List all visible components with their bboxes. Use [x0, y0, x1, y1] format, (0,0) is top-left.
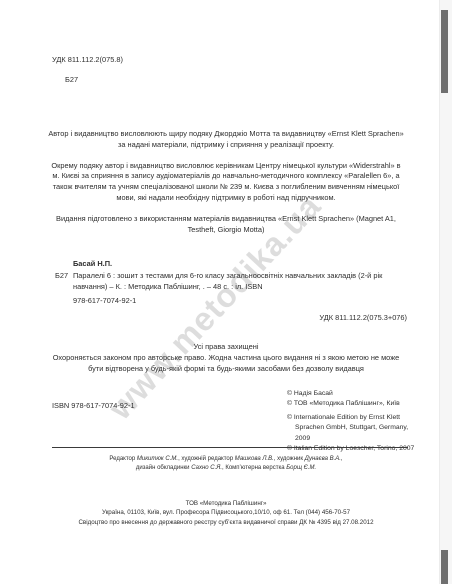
publisher-block: ТОВ «Методика Паблішинг» Україна, 01103,… — [40, 499, 412, 527]
credits-label: , художній редактор — [178, 456, 235, 462]
credits-label: , Комп’ютерна верстка — [222, 465, 286, 471]
copyright-block: © Надія Басай © ТОВ «Методика Паблішинг»… — [287, 389, 422, 454]
copyright-line: © Надія Басай — [287, 389, 422, 399]
udk-code-top: УДК 811.112.2(075.8) — [52, 55, 123, 66]
publisher-name: ТОВ «Методика Паблішинг» — [40, 499, 412, 508]
publisher-certificate: Свідоцтво про внесення до державного реє… — [40, 518, 412, 527]
credits-label: , художник — [274, 456, 305, 462]
scrollbar-thumb-lower[interactable] — [441, 550, 448, 584]
scrollbar-thumb[interactable] — [441, 10, 448, 93]
biblio-code: Б27 — [55, 271, 68, 282]
isbn-line: ISBN 978-617-7074-92-1 — [52, 401, 135, 412]
acknowledgment-paragraph-1: Автор і видавництво висловлюють щиру под… — [47, 129, 405, 151]
rights-text: Охороняється законом про авторське право… — [47, 353, 405, 375]
imprint-page: www.metodika.ua УДК 811.112.2(075.8) Б27… — [0, 0, 452, 584]
credits-name: Дунаєва В.А., — [305, 456, 343, 462]
credits-block: Редактор Микитюк С.М., художній редактор… — [47, 455, 405, 473]
credits-label: дизайн обкладинки — [136, 465, 191, 471]
acknowledgments-block: Автор і видавництво висловлюють щиру под… — [47, 129, 405, 245]
credits-name: Борщ Є.М. — [286, 465, 316, 471]
rights-title: Усі права захищені — [47, 342, 405, 353]
credits-name: Машкова Л.В. — [235, 456, 274, 462]
copyright-line: © Internationale Edition by Ernst Klett — [287, 413, 422, 423]
udk-code-bottom: УДК 811.112.2(075.3+076) — [200, 313, 407, 324]
acknowledgment-paragraph-2: Окрему подяку автор і видавництво вислов… — [47, 161, 405, 204]
scrollbar-track[interactable] — [439, 0, 452, 584]
credits-name: Сахно С.Я. — [191, 465, 222, 471]
copyright-line: © ТОВ «Методика Паблішинг», Київ — [287, 399, 422, 409]
bbk-code-top: Б27 — [65, 75, 78, 86]
divider-rule — [52, 447, 408, 448]
credits-name: Микитюк С.М. — [137, 456, 178, 462]
biblio-entry: Паралелі 6 : зошит з тестами для 6-го кл… — [73, 271, 407, 293]
publisher-address: Україна, 01103, Київ, вул. Професора Під… — [40, 508, 412, 517]
rights-block: Усі права захищені Охороняється законом … — [47, 342, 405, 374]
biblio-author: Басай Н.П. — [73, 259, 112, 270]
copyright-line: Sprachen GmbH, Stuttgart, Germany, 2009 — [287, 423, 422, 444]
copyright-line: © Italian Edition by Loescher, Torino, 2… — [287, 444, 422, 454]
acknowledgment-paragraph-3: Видання підготовлено з використанням мат… — [47, 214, 405, 236]
biblio-isbn-number: 978-617-7074-92-1 — [73, 296, 136, 307]
credits-label: Редактор — [109, 456, 137, 462]
